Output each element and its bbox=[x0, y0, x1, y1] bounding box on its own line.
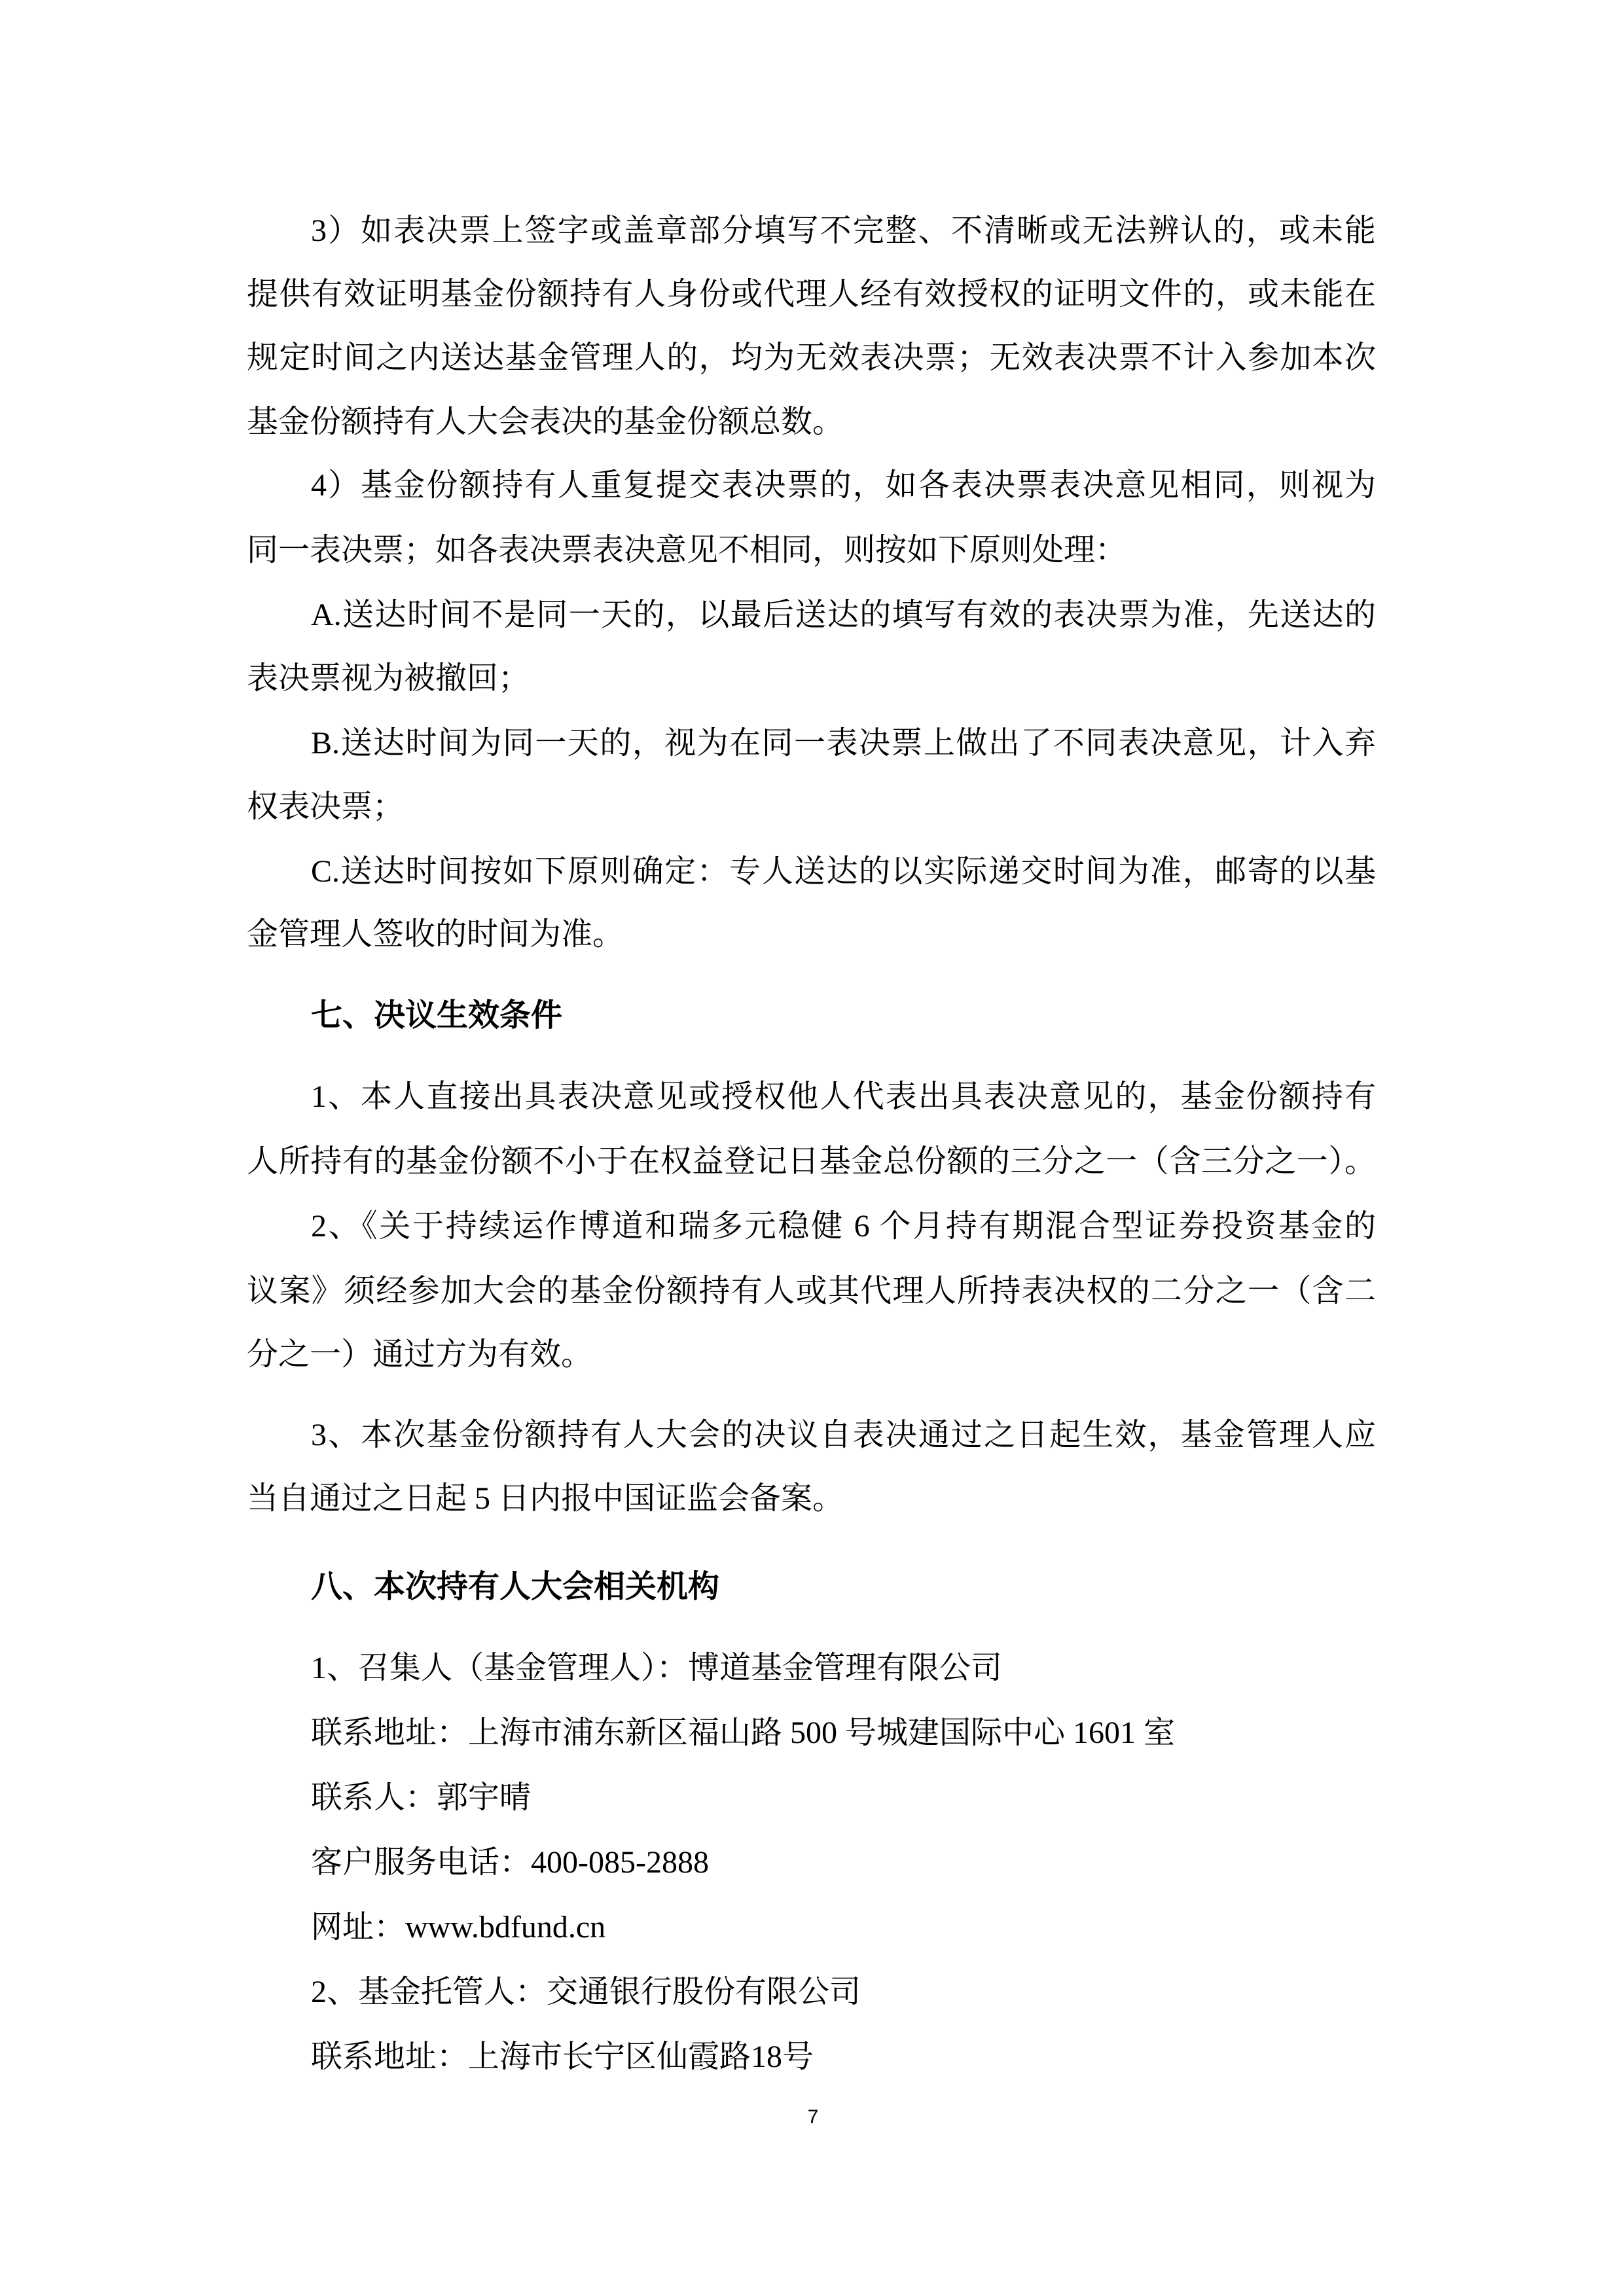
paragraph-line: 基金份额持有人大会表决的基金份额总数。 bbox=[247, 390, 1376, 454]
paragraph-line: 3）如表决票上签字或盖章部分填写不完整、不清晰或无法辨认的，或未能 bbox=[311, 199, 1376, 263]
convener-contact: 联系人：郭宇晴 bbox=[311, 1766, 1376, 1830]
paragraph-line: 议案》须经参加大会的基金份额持有人或其代理人所持表决权的二分之一（含二 bbox=[247, 1259, 1376, 1323]
page-number: 7 bbox=[805, 2106, 821, 2128]
paragraph-line: B.送达时间为同一天的，视为在同一表决票上做出了不同表决意见，计入弃 bbox=[311, 711, 1376, 776]
paragraph-line: 规定时间之内送达基金管理人的，均为无效表决票；无效表决票不计入参加本次 bbox=[247, 326, 1376, 390]
convener-address: 联系地址：上海市浦东新区福山路 500 号城建国际中心 1601 室 bbox=[311, 1701, 1376, 1765]
paragraph-line: 2、《关于持续运作博道和瑞多元稳健 6 个月持有期混合型证券投资基金的 bbox=[311, 1194, 1376, 1259]
paragraph-line: 1、本人直接出具表决意见或授权他人代表出具表决意见的，基金份额持有 bbox=[311, 1065, 1376, 1129]
paragraph-line: 金管理人签收的时间为准。 bbox=[247, 903, 1376, 967]
paragraph-line: C.送达时间按如下原则确定：专人送达的以实际递交时间为准，邮寄的以基 bbox=[311, 840, 1376, 904]
document-page: 3）如表决票上签字或盖章部分填写不完整、不清晰或无法辨认的，或未能 提供有效证明… bbox=[0, 0, 1624, 2296]
paragraph-line: 3、本次基金份额持有人大会的决议自表决通过之日起生效，基金管理人应 bbox=[311, 1403, 1376, 1467]
paragraph-line: 权表决票； bbox=[247, 775, 1376, 839]
custodian-address: 联系地址：上海市长宁区仙霞路18号 bbox=[311, 2025, 1376, 2089]
convener-line: 1、召集人（基金管理人）：博道基金管理有限公司 bbox=[311, 1636, 1376, 1700]
paragraph-line: 4）基金份额持有人重复提交表决票的，如各表决票表决意见相同，则视为 bbox=[311, 454, 1376, 518]
section-heading: 八、本次持有人大会相关机构 bbox=[311, 1555, 719, 1619]
section-heading: 七、决议生效条件 bbox=[311, 984, 562, 1048]
paragraph-line: 同一表决票；如各表决票表决意见不相同，则按如下原则处理： bbox=[247, 518, 1376, 583]
paragraph-line: A.送达时间不是同一天的，以最后送达的填写有效的表决票为准，先送达的 bbox=[311, 583, 1376, 647]
paragraph-line: 提供有效证明基金份额持有人身份或代理人经有效授权的证明文件的，或未能在 bbox=[247, 262, 1376, 327]
website-line: 网址：www.bdfund.cn bbox=[311, 1895, 1376, 1960]
customer-service-phone: 客户服务电话：400-085-2888 bbox=[311, 1831, 1376, 1895]
custodian-line: 2、基金托管人：交通银行股份有限公司 bbox=[311, 1960, 1376, 2024]
paragraph-line: 表决票视为被撤回； bbox=[247, 647, 1376, 711]
paragraph-line: 当自通过之日起 5 日内报中国证监会备案。 bbox=[247, 1467, 1376, 1531]
paragraph-line: 人所持有的基金份额不小于在权益登记日基金总份额的三分之一（含三分之一）。 bbox=[247, 1130, 1376, 1194]
paragraph-line: 分之一）通过方为有效。 bbox=[247, 1323, 1376, 1387]
